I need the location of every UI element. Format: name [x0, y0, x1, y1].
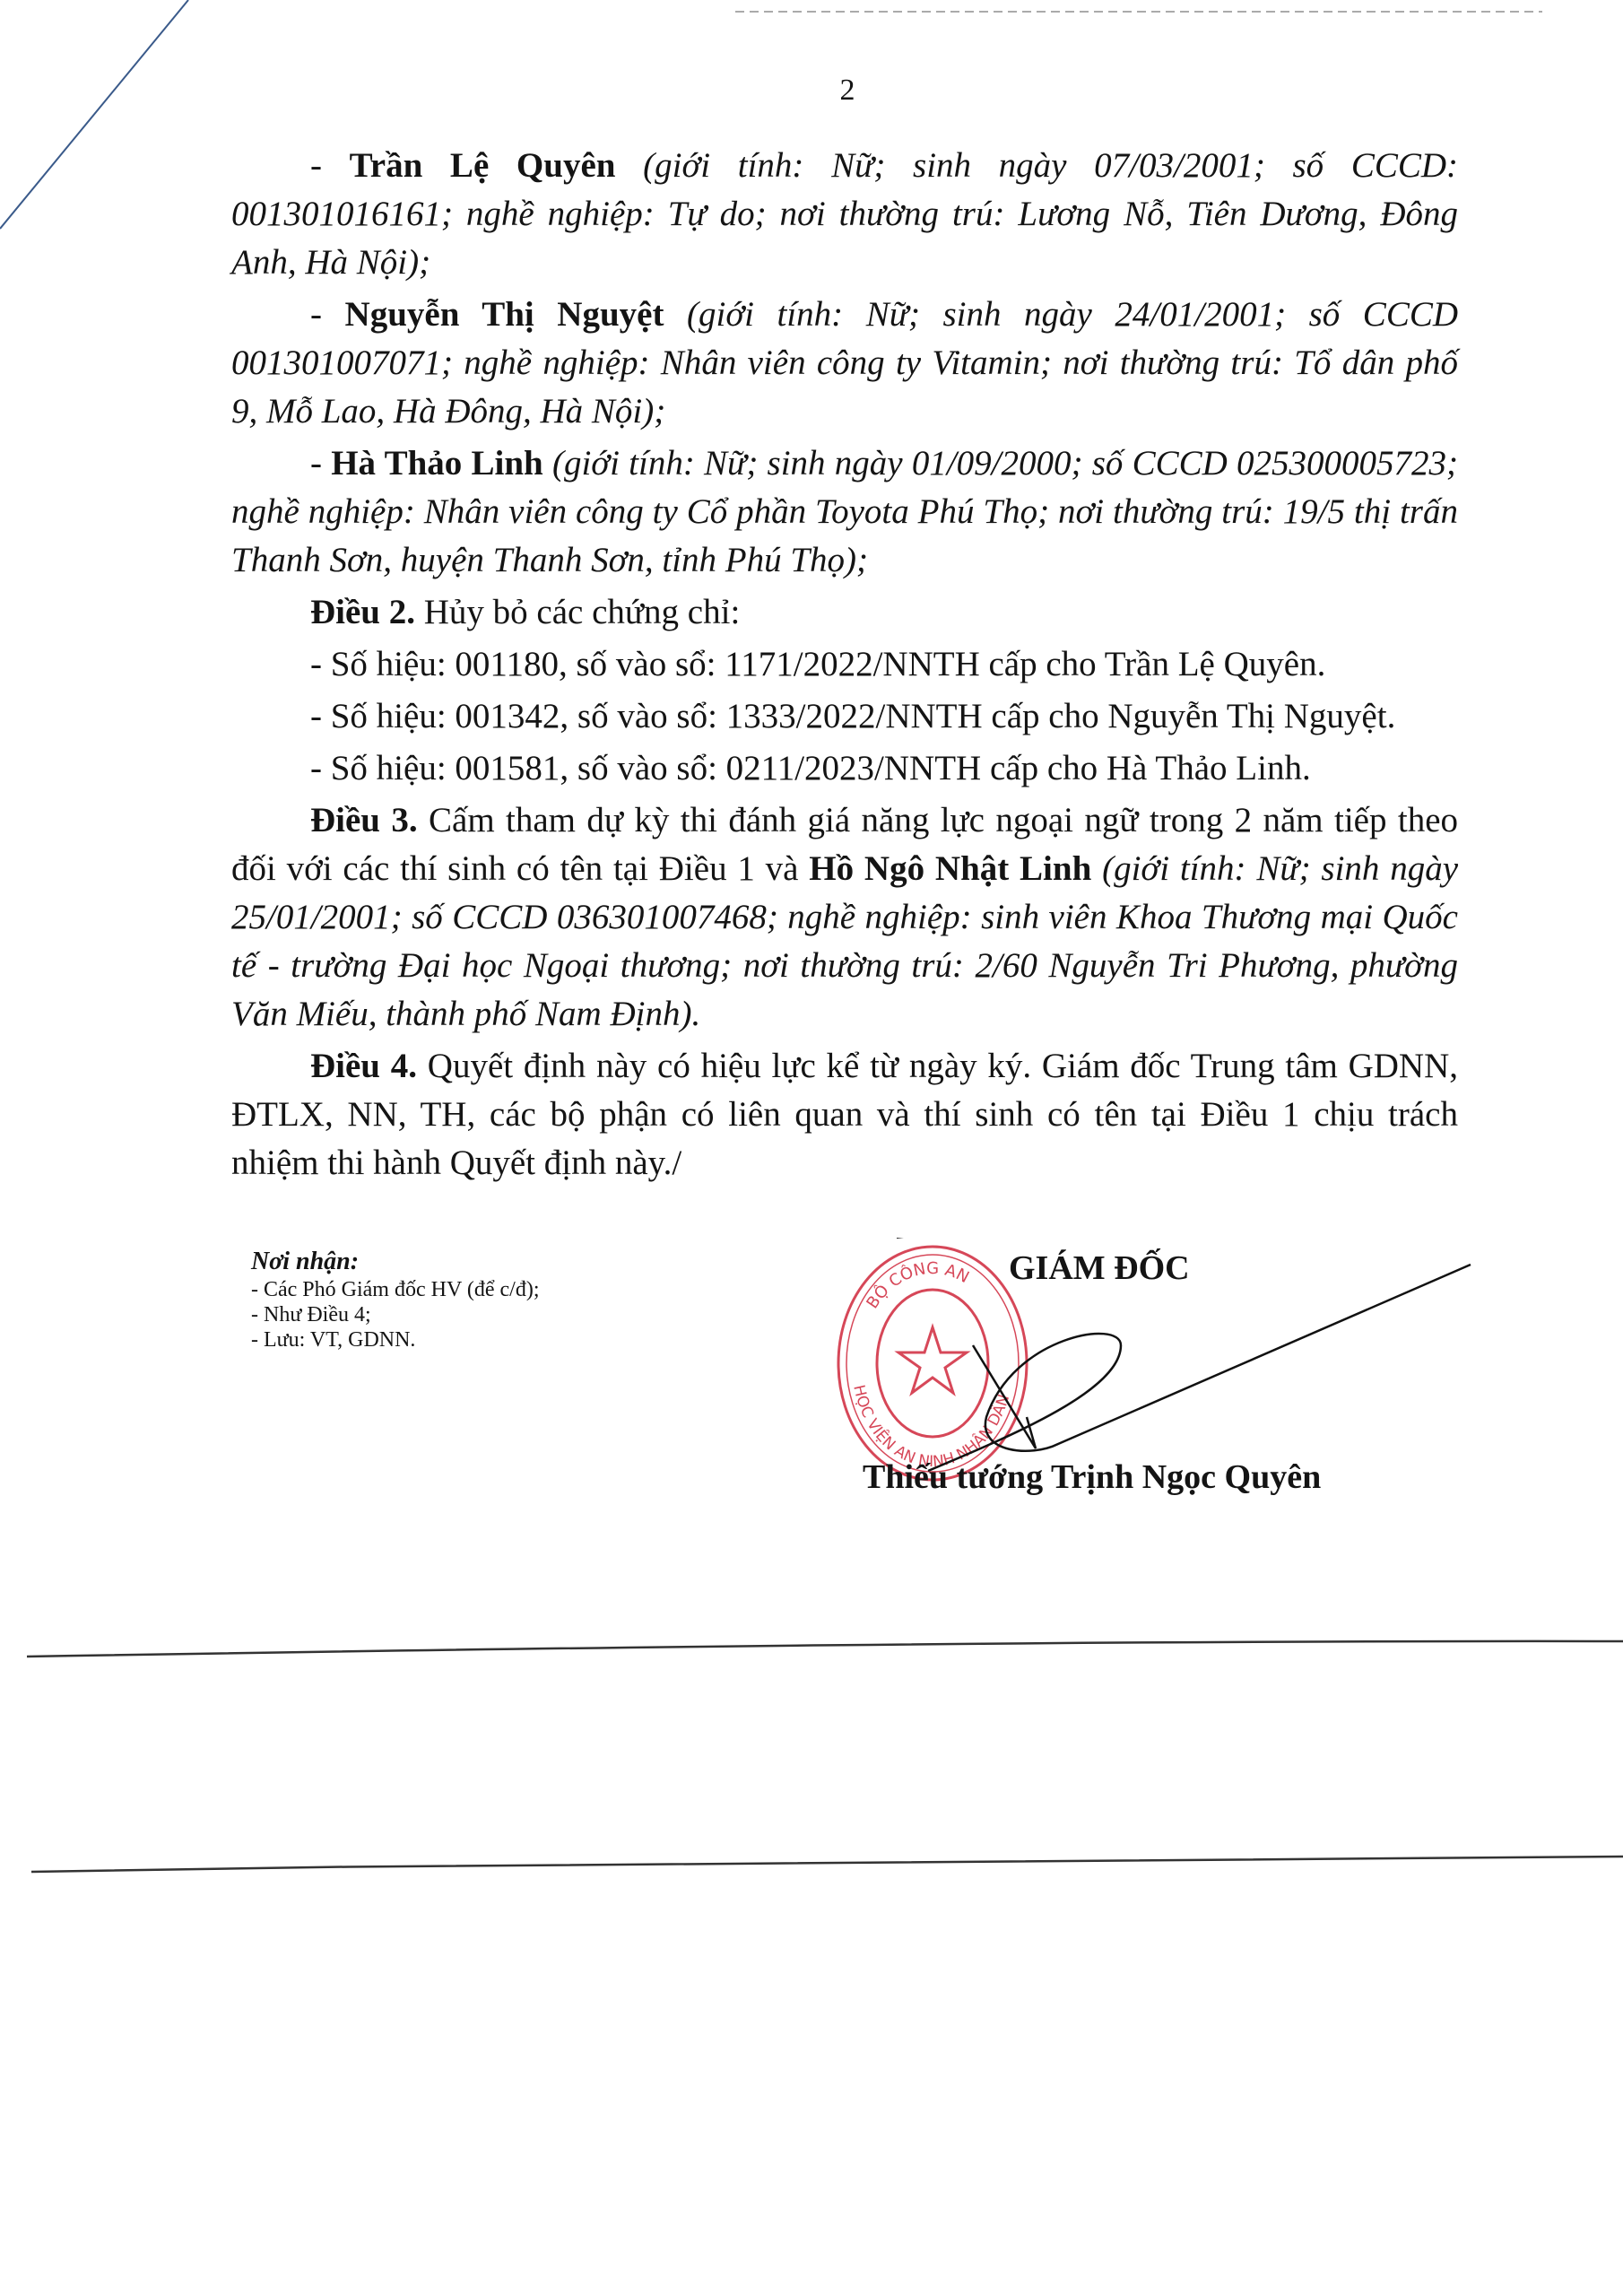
page-number: 2 [0, 74, 1623, 108]
signer-name: Thiếu tướng Trịnh Ngọc Quyên [863, 1457, 1321, 1497]
article-3-label: Điều 3. [310, 801, 418, 839]
certificate-item: - Số hiệu: 001342, số vào sổ: 1333/2022/… [231, 692, 1458, 741]
recipients-block: Nơi nhận: - Các Phó Giám đốc HV (để c/đ)… [251, 1247, 539, 1352]
scan-artifact-line [27, 1852, 1623, 1879]
document-body: - Trần Lệ Quyên (giới tính: Nữ; sinh ngà… [231, 142, 1458, 1187]
top-dotted-artifact [735, 7, 1542, 16]
person-entry: - Trần Lệ Quyên (giới tính: Nữ; sinh ngà… [231, 142, 1458, 287]
recipient-item: - Các Phó Giám đốc HV (để c/đ); [251, 1277, 539, 1302]
person-entry: - Nguyễn Thị Nguyệt (giới tính: Nữ; sinh… [231, 291, 1458, 436]
article-3-name: Hồ Ngô Nhật Linh [809, 849, 1091, 888]
person-name: Trần Lệ Quyên [350, 146, 616, 185]
article-2-text: Hủy bỏ các chứng chỉ: [424, 593, 741, 631]
recipient-item: - Lưu: VT, GDNN. [251, 1327, 539, 1352]
article-4-label: Điều 4. [310, 1047, 417, 1085]
article-2: Điều 2. Hủy bỏ các chứng chỉ: [231, 588, 1458, 637]
scan-edge-line [0, 0, 206, 233]
signature-block: BỘ CÔNG AN HỌC VIỆN AN NINH NHÂN DÂN GIÁ… [807, 1238, 1524, 1507]
certificate-item: - Số hiệu: 001581, số vào sổ: 0211/2023/… [231, 744, 1458, 793]
article-4: Điều 4. Quyết định này có hiệu lực kể từ… [231, 1042, 1458, 1187]
person-name: Hà Thảo Linh [331, 444, 543, 483]
recipients-title: Nơi nhận: [251, 1247, 539, 1277]
article-2-label: Điều 2. [310, 593, 415, 631]
article-3: Điều 3. Cấm tham dự kỳ thi đánh giá năng… [231, 796, 1458, 1039]
signer-role: GIÁM ĐỐC [1009, 1248, 1190, 1288]
certificate-item: - Số hiệu: 001180, số vào sổ: 1171/2022/… [231, 640, 1458, 689]
person-entry: - Hà Thảo Linh (giới tính: Nữ; sinh ngày… [231, 439, 1458, 585]
person-name: Nguyễn Thị Nguyệt [345, 295, 664, 334]
scan-artifact-line [22, 1637, 1623, 1664]
recipient-item: - Như Điều 4; [251, 1302, 539, 1327]
